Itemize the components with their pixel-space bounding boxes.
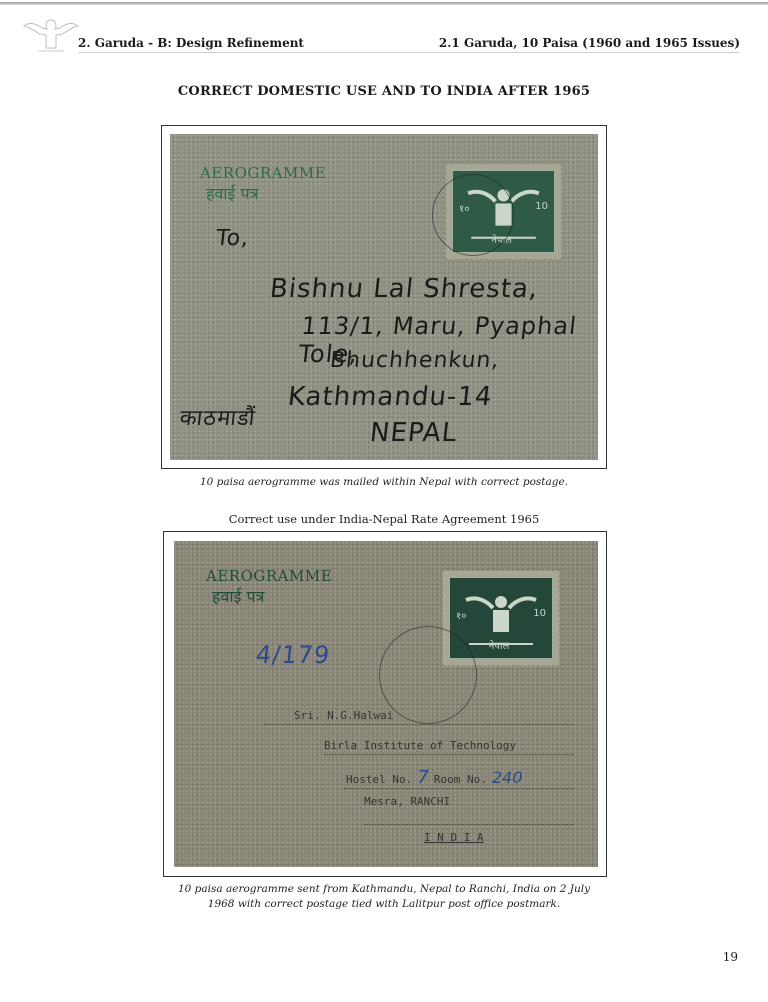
address-dotted-line bbox=[364, 824, 574, 825]
aerogramme-cover-2: AEROGRAMME हवाई पत्र १० 10 नेपाल 4/179 S… bbox=[174, 541, 598, 867]
room-number: 240 bbox=[492, 768, 523, 787]
side-note-hindi: काठमाडौं bbox=[178, 402, 257, 432]
address-line-4: Kathmandu-14 bbox=[286, 382, 494, 412]
stamp-right-value: 10 bbox=[533, 608, 546, 619]
address-name: Sri. N.G.Halwai bbox=[294, 709, 393, 722]
stamp-right-value: 10 bbox=[535, 201, 548, 212]
address-line-5: NEPAL bbox=[368, 418, 458, 448]
hostel-label: Hostel No. bbox=[346, 773, 412, 786]
stamp-country: नेपाल bbox=[489, 638, 510, 652]
header-divider bbox=[78, 52, 740, 53]
handwritten-reference: 4/179 bbox=[255, 641, 332, 669]
address-to: To, bbox=[215, 226, 251, 251]
address-dotted-line bbox=[324, 754, 574, 755]
address-city: Mesra, RANCHI bbox=[364, 795, 450, 808]
cover-2-caption: 10 paisa aerogramme sent from Kathmandu,… bbox=[170, 882, 598, 912]
garuda-logo-icon bbox=[22, 14, 80, 54]
top-border bbox=[0, 2, 768, 5]
aerogramme-hindi-label: हवाई पत्र bbox=[212, 585, 264, 607]
cover-2-frame: AEROGRAMME हवाई पत्र १० 10 नेपाल 4/179 S… bbox=[163, 531, 607, 877]
cover-1-caption: 10 paisa aerogramme was mailed within Ne… bbox=[0, 476, 768, 488]
address-line-1: Bishnu Lal Shresta, bbox=[268, 274, 539, 304]
page-title: CORRECT DOMESTIC USE AND TO INDIA AFTER … bbox=[0, 84, 768, 99]
address-hostel-line: Hostel No. 7 Room No. 240 bbox=[346, 767, 523, 788]
address-dotted-line bbox=[344, 788, 574, 789]
aerogramme-cover-1: AEROGRAMME हवाई पत्र १० 10 नेपाल To, Bis… bbox=[170, 134, 598, 460]
aerogramme-hindi-label: हवाई पत्र bbox=[206, 182, 258, 204]
address-line-3: Bhuchhenkun, bbox=[329, 348, 501, 373]
room-label: Room No. bbox=[434, 773, 487, 786]
page-number: 19 bbox=[723, 950, 738, 964]
cover-1-frame: AEROGRAMME हवाई पत्र १० 10 नेपाल To, Bis… bbox=[161, 125, 607, 469]
header-section-title: 2. Garuda - B: Design Refinement bbox=[78, 36, 304, 50]
lalitpur-postmark bbox=[379, 626, 477, 724]
aerogramme-label: AEROGRAMME bbox=[206, 567, 332, 585]
address-institute: Birla Institute of Technology bbox=[324, 739, 516, 752]
stamp-left-value: १० bbox=[456, 608, 466, 622]
address-country: I N D I A bbox=[424, 831, 484, 844]
section-subtitle: Correct use under India-Nepal Rate Agree… bbox=[0, 512, 768, 526]
header-subsection-title: 2.1 Garuda, 10 Paisa (1960 and 1965 Issu… bbox=[439, 36, 740, 50]
address-dotted-line bbox=[264, 724, 574, 725]
hostel-number: 7 bbox=[417, 767, 428, 788]
aerogramme-label: AEROGRAMME bbox=[200, 164, 326, 182]
postmark-circle bbox=[432, 174, 514, 256]
